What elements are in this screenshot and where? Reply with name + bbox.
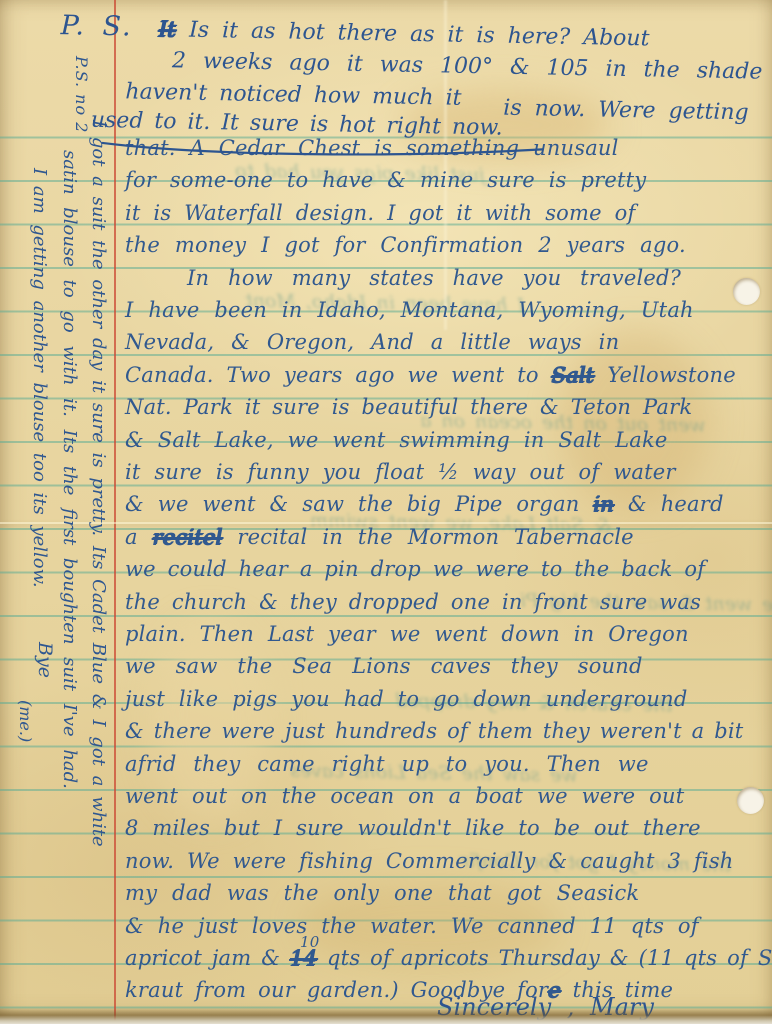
struck-word: It [158,17,176,42]
margin-note-line-3: I am getting another blouse too its yell… [28,168,51,588]
letter-line: for some-one to have & mine sure is pret… [125,165,646,195]
letter-line: we saw the Sea Lions caves they sound [125,651,643,681]
letter-line: it sure is funny you float ½ way out of … [125,457,676,487]
letter-line: & Salt Lake, we went swimming in Salt La… [125,425,668,455]
letter-line: apricot jam & 1410 qts of apricots Thurs… [125,943,772,973]
letter-line: it is Waterfall design. I got it with so… [125,198,635,228]
ps-line-3b: is now. Were getting [503,96,749,126]
letter-line: Canada. Two years ago we went to Salt Ye… [125,360,736,390]
struck-word: in [593,492,614,516]
letter-line: a recitel recital in the Mormon Tabernac… [125,522,634,552]
letter-page: P. S.It Is it as hot there as it is here… [0,0,772,1024]
struck-word: Salt [552,363,595,387]
letter-line: & he just loves the water. We canned 11 … [125,911,699,941]
letter-line: I have been in Idaho, Montana, Wyoming, … [125,295,694,325]
letter-line: 8 miles but I sure wouldn't like to be o… [125,813,701,843]
postscript-heat-note: P. S.It Is it as hot there as it is here… [55,8,767,22]
struck-word: 1410 [290,946,317,970]
ps-line-1: P. S.It Is it as hot there as it is here… [60,11,649,54]
margin-note-line-1: I got a suit the other day it sure is pr… [87,120,110,847]
struck-word: recitel [153,525,223,549]
page-bottom-edge [0,1008,772,1024]
correction-above: 10 [300,927,320,957]
ps-line-1-text: Is it as hot there as it is here? About [189,18,650,52]
letter-line: Nat. Park it sure is beautiful there & T… [125,392,692,422]
ps-label: P. S. [60,10,133,42]
letter-line: just like pigs you had to go down underg… [125,684,687,714]
margin-note-line-2: satin blouse to go with it. Its the firs… [58,150,81,789]
letter-line: the church & they dropped one in front s… [125,587,701,617]
letter-line: went out on the ocean on a boat we were … [125,781,684,811]
letter-line: the money I got for Confirmation 2 years… [125,230,686,260]
letter-line: my dad was the only one that got Seasick [125,878,639,908]
ps-line-4-pre: used to it. [91,108,222,136]
margin-bye: Bye [33,642,56,678]
letter-line: plain. Then Last year we went down in Or… [125,619,689,649]
letter-line: now. We were fishing Commercially & caug… [125,846,734,876]
hole-punch [737,787,764,814]
letter-line: we could hear a pin drop we were to the … [125,554,705,584]
margin-me: (me.) [14,700,37,742]
letter-line: & there were just hundreds of them they … [125,716,743,746]
ps-line-4-underlined: It sure is hot right now. [221,110,503,140]
ps-line-3a: haven't noticed how much it [125,79,462,110]
letter-line: Nevada, & Oregon, And a little ways in [125,327,619,357]
letter-line: & we went & saw the big Pipe organ in & … [125,489,724,519]
hole-punch [733,278,760,305]
letter-line: In how many states have you traveled? [187,263,681,293]
letter-line: afrid they came right up to you. Then we [125,749,649,779]
